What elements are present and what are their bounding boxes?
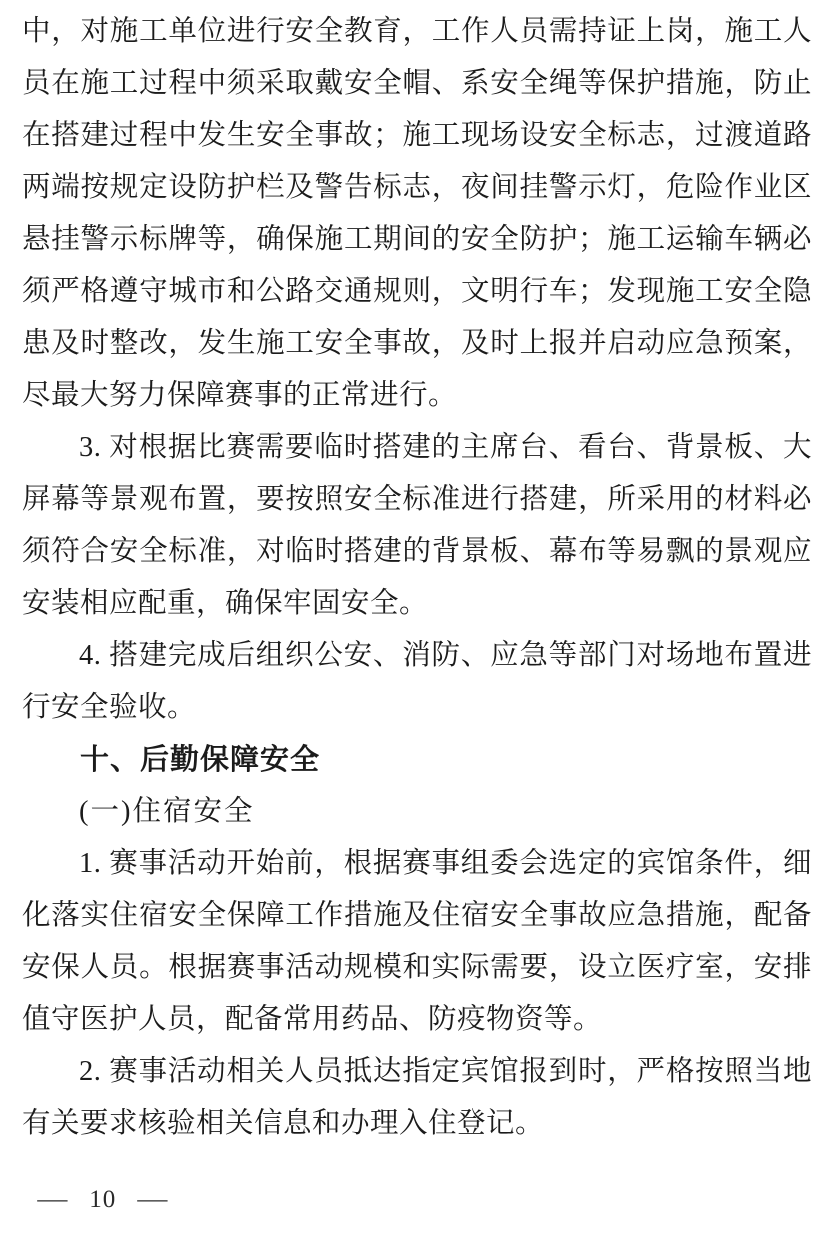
page-number: 10 xyxy=(89,1186,116,1214)
paragraph-item-2: 2. 赛事活动相关人员抵达指定宾馆报到时，严格按照当地有关要求核验相关信息和办理… xyxy=(22,1046,812,1150)
footer-right-dash: — xyxy=(137,1186,168,1214)
paragraph-item-1: 1. 赛事活动开始前，根据赛事组委会选定的宾馆条件，细化落实住宿安全保障工作措施… xyxy=(22,838,812,1046)
paragraph-item-4: 4. 搭建完成后组织公安、消防、应急等部门对场地布置进行安全验收。 xyxy=(22,630,812,734)
paragraph-continuation: 中，对施工单位进行安全教育，工作人员需持证上岗，施工人员在施工过程中须采取戴安全… xyxy=(22,6,812,422)
page-footer: — 10 — xyxy=(40,1186,166,1214)
document-body: 中，对施工单位进行安全教育，工作人员需持证上岗，施工人员在施工过程中须采取戴安全… xyxy=(22,6,812,1150)
paragraph-item-3: 3. 对根据比赛需要临时搭建的主席台、看台、背景板、大屏幕等景观布置，要按照安全… xyxy=(22,422,812,630)
footer-left-dash: — xyxy=(37,1186,68,1214)
section-heading: 十、后勤保障安全 xyxy=(22,734,812,786)
document-page: 中，对施工单位进行安全教育，工作人员需持证上岗，施工人员在施工过程中须采取戴安全… xyxy=(0,0,833,1236)
sub-section-heading: (一)住宿安全 xyxy=(22,786,812,838)
